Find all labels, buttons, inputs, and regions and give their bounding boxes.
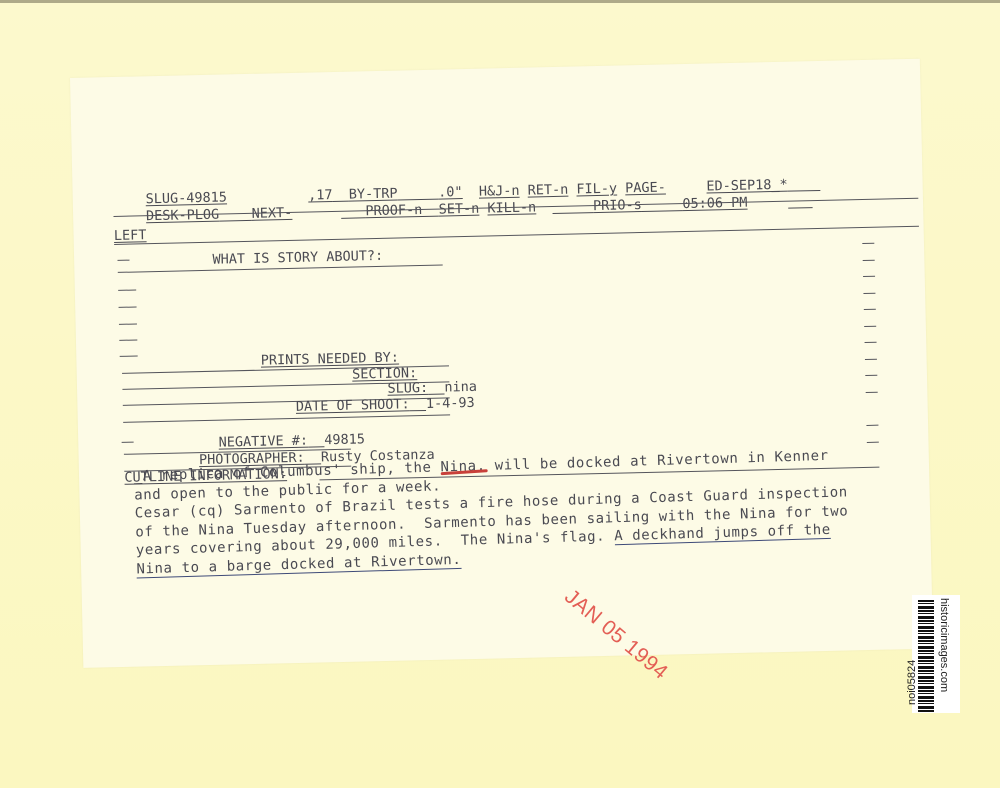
highlighted-name: Nina, — [440, 458, 486, 475]
scan-edge — [0, 0, 1000, 3]
watermark-code: noi05824 — [906, 660, 918, 705]
cutline-text: _A replica of Columbus' ship, the Nina, … — [133, 444, 926, 578]
watermark-site: historicimages.com — [938, 598, 950, 692]
cutline-body: _A replica of Columbus' ship, the Nina, … — [112, 126, 945, 610]
pen-underlined-text: A deckhand jumps off the — [614, 522, 831, 545]
barcode — [918, 600, 934, 712]
